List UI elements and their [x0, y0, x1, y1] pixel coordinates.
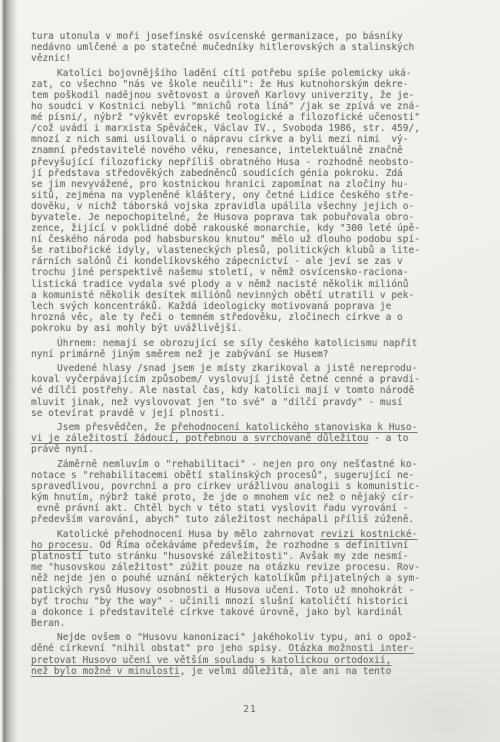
text-segment: Záměrně nemluvím o "rehabilitaci" - neje…: [31, 459, 420, 525]
text-segment: Jsem přesvědčen, že: [57, 422, 171, 433]
text-segment: Katolíci bojovnějšího ladění cítí potřeb…: [31, 68, 420, 334]
page-number: 21: [0, 704, 500, 715]
paragraph: Záměrně nemluvím o "rehabilitaci" - neje…: [31, 459, 475, 526]
paragraph: Nejde ovšem o "Husovu kanonizaci" jakého…: [31, 632, 475, 676]
paragraph: Úhrnem: nemají se obrozující se síly čes…: [31, 338, 475, 360]
text-segment: Uvedené hlasy /snad jsem je místy zkarik…: [31, 363, 420, 418]
scanned-document-page: tura utonula v moři josefínské osvícensk…: [0, 0, 500, 742]
text-segment: Katolické přehodnocení Husa by mělo zahr…: [57, 529, 320, 540]
paragraph: Katolíci bojovnějšího ladění cítí potřeb…: [31, 68, 475, 334]
paragraph: Uvedené hlasy /snad jsem je místy zkarik…: [31, 363, 475, 418]
document-text: tura utonula v moři josefínské osvícensk…: [31, 31, 475, 680]
text-segment: tura utonula v moři josefínské osvícensk…: [31, 31, 414, 64]
text-segment: Úhrnem: nemají se obrozující se síly čes…: [31, 338, 417, 360]
text-segment: , je velmi důležitá, ale ani na tento: [180, 666, 392, 677]
paragraph: tura utonula v moři josefínské osvícensk…: [31, 31, 475, 64]
paragraph: Jsem přesvědčen, že přehodnocení katolic…: [31, 422, 475, 455]
text-segment: . Od Říma očekáváme především, že rozhod…: [31, 540, 420, 629]
paragraph: Katolické přehodnocení Husa by mělo zahr…: [31, 529, 475, 629]
scan-edge-line: [3, 0, 6, 742]
